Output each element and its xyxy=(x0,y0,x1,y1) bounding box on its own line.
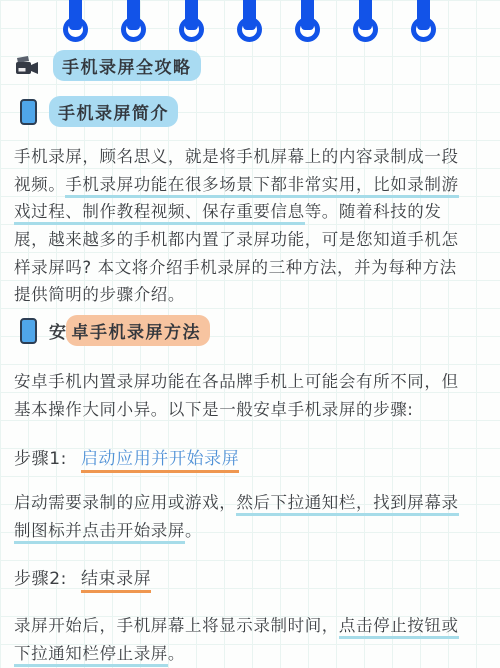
step2-title: 结束录屏 xyxy=(81,569,151,593)
binder-rings xyxy=(63,0,435,42)
underlined-text: 制图标并点击开始录屏 xyxy=(14,521,185,544)
text-run: 视频。 xyxy=(14,175,65,194)
text-line: 展，越来越多的手机都内置了录屏功能，可是您知道手机怎 xyxy=(14,226,494,254)
step2-label: 步骤2: xyxy=(14,569,67,589)
binder-ring xyxy=(237,0,261,42)
binder-ring xyxy=(179,0,203,42)
text-line: 安卓手机内置录屏功能在各品牌手机上可能会有所不同，但 xyxy=(14,368,494,396)
phone-icon xyxy=(20,318,37,344)
underlined-text: 点击停止按钮或 xyxy=(339,616,459,639)
binder-ring xyxy=(121,0,145,42)
text-line: 启动需要录制的应用或游戏，然后下拉通知栏，找到屏幕录 xyxy=(14,489,494,517)
step1-row: 步骤1:启动应用并开始录屏 xyxy=(14,444,239,469)
text-run: 提供简明的步骤介绍。 xyxy=(14,285,185,304)
underlined-text: 然后下拉通知栏，找到屏幕录 xyxy=(236,493,458,516)
video-camera-icon xyxy=(14,55,41,77)
intro-heading: 手机录屏简介 xyxy=(49,96,178,127)
binder-ring xyxy=(63,0,87,42)
text-line: 手机录屏，顾名思义，就是将手机屏幕上的内容录制成一段 xyxy=(14,143,494,171)
text-run: 等。随着科技的发 xyxy=(305,202,442,221)
android-heading-prefix: 安 xyxy=(49,318,68,343)
android-paragraph: 安卓手机内置录屏功能在各品牌手机上可能会有所不同，但 基本操作大同小异。以下是一… xyxy=(14,368,494,423)
android-heading: 卓手机录屏方法 xyxy=(66,315,211,346)
step1-title: 启动应用并开始录屏 xyxy=(81,449,239,473)
text-line: 下拉通知栏停止录屏。 xyxy=(14,640,494,668)
text-run: 启动需要录制的应用或游戏， xyxy=(14,493,236,512)
intro-paragraph: 手机录屏，顾名思义，就是将手机屏幕上的内容录制成一段 视频。手机录屏功能在很多场… xyxy=(14,143,494,309)
phone-icon xyxy=(20,99,37,125)
text-run: 。 xyxy=(185,521,202,540)
binder-ring xyxy=(295,0,319,42)
text-run: 样录屏吗? 本文将介绍手机录屏的三种方法，并为每种方法 xyxy=(14,258,457,277)
text-line: 基本操作大同小异。以下是一般安卓手机录屏的步骤: xyxy=(14,396,494,424)
text-line: 样录屏吗? 本文将介绍手机录屏的三种方法，并为每种方法 xyxy=(14,254,494,282)
step1-label: 步骤1: xyxy=(14,449,67,469)
text-run: 录屏开始后，手机屏幕上将显示录制时间， xyxy=(14,616,339,635)
text-line: 戏过程、制作教程视频、保存重要信息等。随着科技的发 xyxy=(14,198,494,226)
step2-paragraph: 录屏开始后，手机屏幕上将显示录制时间，点击停止按钮或 下拉通知栏停止录屏。 xyxy=(14,612,494,667)
step2-row: 步骤2:结束录屏 xyxy=(14,564,151,589)
text-line: 制图标并点击开始录屏。 xyxy=(14,517,494,545)
doc-title-row: 手机录屏全攻略 xyxy=(14,50,201,81)
underlined-text: 手机录屏功能在很多场景下都非常实用，比如录制游 xyxy=(65,175,458,198)
text-line: 录屏开始后，手机屏幕上将显示录制时间，点击停止按钮或 xyxy=(14,612,494,640)
text-run: 基本操作大同小异。以下是一般安卓手机录屏的步骤: xyxy=(14,400,413,419)
binder-ring xyxy=(411,0,435,42)
underlined-text: 下拉通知栏停止录屏 xyxy=(14,644,168,667)
text-run: 。 xyxy=(168,644,185,663)
text-run: 展，越来越多的手机都内置了录屏功能，可是您知道手机怎 xyxy=(14,230,459,249)
binder-ring xyxy=(353,0,377,42)
doc-title: 手机录屏全攻略 xyxy=(53,50,201,81)
underlined-text: 戏过程、制作教程视频、保存重要信息 xyxy=(14,202,305,225)
text-line: 提供简明的步骤介绍。 xyxy=(14,281,494,309)
text-run: 手机录屏，顾名思义，就是将手机屏幕上的内容录制成一段 xyxy=(14,147,459,166)
text-run: 安卓手机内置录屏功能在各品牌手机上可能会有所不同，但 xyxy=(14,372,459,391)
android-heading-row: 安 卓手机录屏方法 xyxy=(14,315,210,346)
text-line: 视频。手机录屏功能在很多场景下都非常实用，比如录制游 xyxy=(14,171,494,199)
notebook-page: 手机录屏全攻略 手机录屏简介 手机录屏，顾名思义，就是将手机屏幕上的内容录制成一… xyxy=(0,0,500,668)
step1-paragraph: 启动需要录制的应用或游戏，然后下拉通知栏，找到屏幕录 制图标并点击开始录屏。 xyxy=(14,489,494,544)
intro-heading-row: 手机录屏简介 xyxy=(14,96,178,127)
